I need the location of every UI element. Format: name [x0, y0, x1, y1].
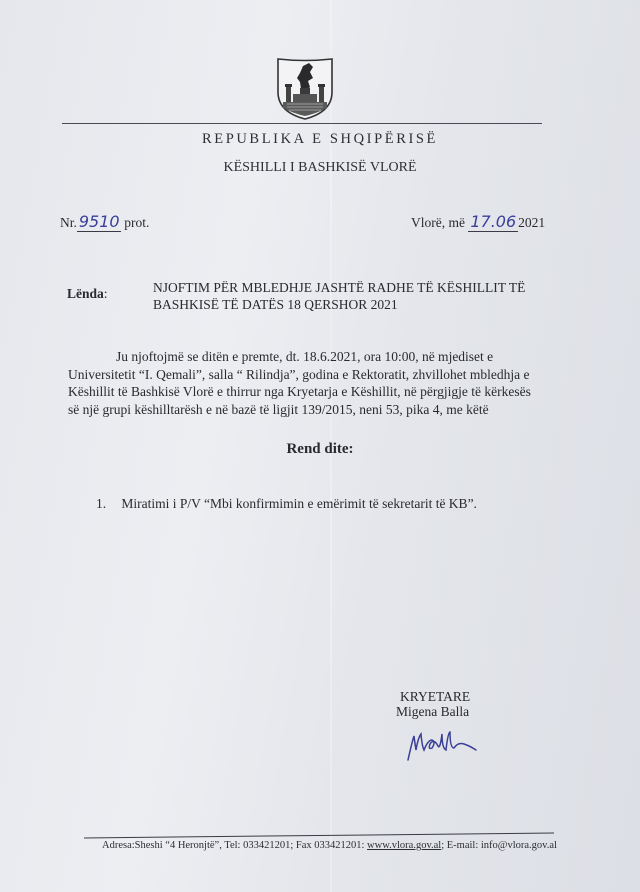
footer-address: Adresa:Sheshi “4 Heronjtë”, Tel: 0334212…	[102, 840, 367, 851]
header-rule	[62, 123, 542, 124]
vlora-coat-of-arms-icon	[275, 56, 335, 122]
agenda-item: 1. Miratimi i P/V “Mbi konfirmimin e emë…	[96, 496, 477, 512]
protocol-number: Nr.9510 prot.	[60, 212, 149, 232]
body-paragraph: Ju njoftojmë se ditën e premte, dt. 18.6…	[68, 348, 538, 418]
subject-text: NJOFTIM PËR MBLEDHJE JASHTË RADHE TË KËS…	[153, 279, 573, 313]
date-place: Vlorë, më	[411, 215, 465, 230]
document-page: REPUBLIKA E SHQIPËRISË KËSHILLI I BASHKI…	[0, 0, 640, 892]
footer-rule	[84, 833, 554, 839]
footer-email: ; E-mail: info@vlora.gov.al	[441, 840, 557, 851]
body-paragraph-rest: Universitetit “I. Qemali”, salla “ Rilin…	[68, 366, 538, 419]
protocol-prefix: Nr.	[60, 215, 77, 230]
date-year: 2021	[518, 215, 545, 230]
agenda-title: Rend dite:	[0, 441, 640, 458]
council-title: KËSHILLI I BASHKISË VLORË	[0, 160, 640, 176]
protocol-suffix: prot.	[124, 215, 149, 230]
agenda-item-number: 1.	[96, 496, 118, 512]
signatory-role: KRYETARE	[400, 689, 470, 705]
republic-title: REPUBLIKA E SHQIPËRISË	[0, 131, 640, 148]
signatory-name: Migena Balla	[396, 704, 469, 720]
date-handwritten: 17.06	[468, 212, 518, 232]
footer-contact: Adresa:Sheshi “4 Heronjtë”, Tel: 0334212…	[102, 840, 557, 851]
body-paragraph-first-line: Ju njoftojmë se ditën e premte, dt. 18.6…	[68, 348, 538, 366]
protocol-number-handwritten: 9510	[77, 212, 121, 232]
signature-icon	[404, 722, 484, 764]
footer-website-link[interactable]: www.vlora.gov.al	[367, 840, 441, 851]
date-line: Vlorë, më 17.062021	[411, 212, 545, 232]
agenda-item-text: Miratimi i P/V “Mbi konfirmimin e emërim…	[121, 496, 477, 511]
subject-label: Lënda:	[67, 286, 108, 302]
